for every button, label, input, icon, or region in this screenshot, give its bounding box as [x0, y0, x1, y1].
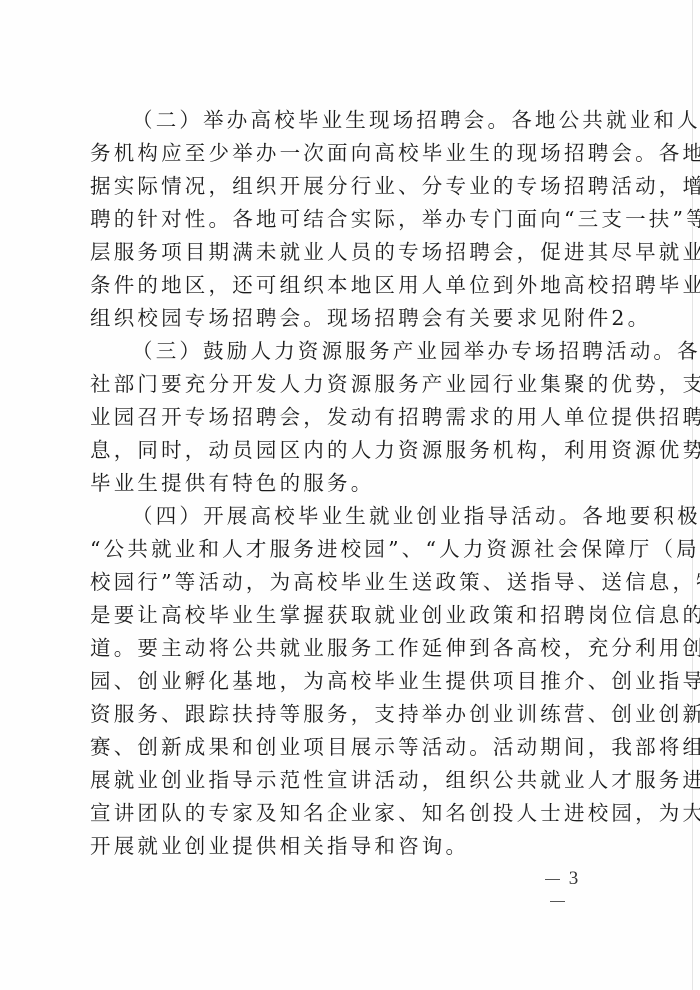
paragraph-career-guidance: （四）开展高校毕业生就业创业指导活动。各地要积极开展 “公共就业和人才服务进校园… — [90, 500, 606, 863]
text-line: “公共就业和人才服务进校园”、“人力资源社会保障厅（局）长 — [90, 533, 606, 566]
text-line: （四）开展高校毕业生就业创业指导活动。各地要积极开展 — [90, 500, 606, 533]
text-line: 息，同时，动员园区内的人力资源服务机构，利用资源优势，为 — [90, 434, 606, 467]
text-line: 毕业生提供有特色的服务。 — [90, 467, 606, 500]
text-line: 开展就业创业提供相关指导和咨询。 — [90, 830, 606, 863]
dash-left — [545, 879, 560, 880]
text-line: 社部门要充分开发人力资源服务产业园行业集聚的优势，支持产 — [90, 368, 606, 401]
text-line: 道。要主动将公共就业服务工作延伸到各高校，充分利用创业 — [90, 632, 606, 665]
text-line: 展就业创业指导示范性宣讲活动，组织公共就业人才服务进校园 — [90, 764, 606, 797]
text-line: （三）鼓励人力资源服务产业园举办专场招聘活动。各地人 — [90, 335, 606, 368]
document-body: （二）举办高校毕业生现场招聘会。各地公共就业和人才服 务机构应至少举办一次面向高… — [90, 104, 606, 863]
text-line: 条件的地区，还可组织本地区用人单位到外地高校招聘毕业生， — [90, 269, 606, 302]
document-page: （二）举办高校毕业生现场招聘会。各地公共就业和人才服 务机构应至少举办一次面向高… — [0, 0, 700, 990]
text-line: 聘的针对性。各地可结合实际，举办专门面向“三支一扶”等基 — [90, 203, 606, 236]
paragraph-recruitment-fair: （二）举办高校毕业生现场招聘会。各地公共就业和人才服 务机构应至少举办一次面向高… — [90, 104, 606, 335]
text-line: 业园召开专场招聘会，发动有招聘需求的用人单位提供招聘信 — [90, 401, 606, 434]
text-line: 赛、创新成果和创业项目展示等活动。活动期间，我部将组织开 — [90, 731, 606, 764]
text-line: 资服务、跟踪扶持等服务，支持举办创业训练营、创业创新大 — [90, 698, 606, 731]
dash-right — [550, 901, 565, 902]
text-line: 务机构应至少举办一次面向高校毕业生的现场招聘会。各地可根 — [90, 137, 606, 170]
text-line: 宣讲团队的专家及知名企业家、知名创投人士进校园，为大学生 — [90, 797, 606, 830]
text-line: 组织校园专场招聘会。现场招聘会有关要求见附件2。 — [90, 302, 606, 335]
text-line: 校园行”等活动，为高校毕业生送政策、送指导、送信息，特别 — [90, 566, 606, 599]
text-line: 园、创业孵化基地，为高校毕业生提供项目推介、创业指导、融 — [90, 665, 606, 698]
page-number: 3 — [522, 868, 592, 912]
text-line: 层服务项目期满未就业人员的专场招聘会，促进其尽早就业。有 — [90, 236, 606, 269]
text-line: 是要让高校毕业生掌握获取就业创业政策和招聘岗位信息的渠 — [90, 599, 606, 632]
paragraph-hr-industrial-park: （三）鼓励人力资源服务产业园举办专场招聘活动。各地人 社部门要充分开发人力资源服… — [90, 335, 606, 500]
text-line: （二）举办高校毕业生现场招聘会。各地公共就业和人才服 — [90, 104, 606, 137]
text-line: 据实际情况，组织开展分行业、分专业的专场招聘活动，增强招 — [90, 170, 606, 203]
page-number-value: 3 — [569, 868, 579, 889]
